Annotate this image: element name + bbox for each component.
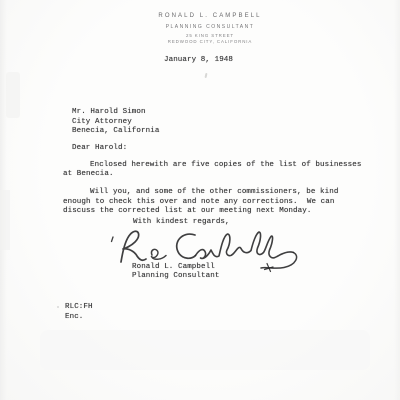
scan-smudge bbox=[6, 72, 20, 118]
letterhead-name: RONALD L. CAMPBELL bbox=[10, 13, 400, 19]
body-paragraph2-line: Will you, and some of the other commissi… bbox=[90, 188, 338, 197]
typist-initials: RLC:FH bbox=[65, 303, 93, 312]
letterhead-title: PLANNING CONSULTANT bbox=[10, 24, 400, 30]
ink-fleck bbox=[57, 306, 59, 308]
scan-smudge bbox=[0, 190, 10, 250]
enclosure-note: Enc. bbox=[65, 313, 83, 322]
body-paragraph1-line: at Benecia. bbox=[63, 170, 114, 179]
scanned-letter-page: RONALD L. CAMPBELL PLANNING CONSULTANT 2… bbox=[0, 0, 400, 400]
body-paragraph2-line: enough to check this over and note any c… bbox=[63, 198, 334, 207]
body-paragraph2-line: discuss the corrected list at our meetin… bbox=[63, 207, 311, 216]
body-paragraph1-line: Enclosed herewith are five copies of the… bbox=[90, 161, 361, 170]
recipient-title: City Attorney bbox=[72, 118, 132, 127]
scan-edge-shadow-left bbox=[0, 0, 7, 400]
scan-smudge bbox=[40, 330, 370, 370]
scan-edge-shadow-right bbox=[394, 0, 400, 400]
signer-typed-title: Planning Consultant bbox=[132, 272, 219, 281]
letterhead-address-street: 25 KING STREET bbox=[10, 33, 400, 38]
date-line: January 8, 1948 bbox=[164, 56, 233, 65]
signer-typed-name: Ronald L. Campbell bbox=[132, 263, 215, 272]
recipient-city: Benecia, California bbox=[72, 127, 159, 136]
ink-fleck bbox=[205, 73, 208, 78]
recipient-name: Mr. Harold Simon bbox=[72, 108, 146, 117]
salutation: Dear Harold: bbox=[72, 144, 127, 153]
letterhead-address-city: REDWOOD CITY, CALIFORNIA bbox=[10, 39, 400, 44]
